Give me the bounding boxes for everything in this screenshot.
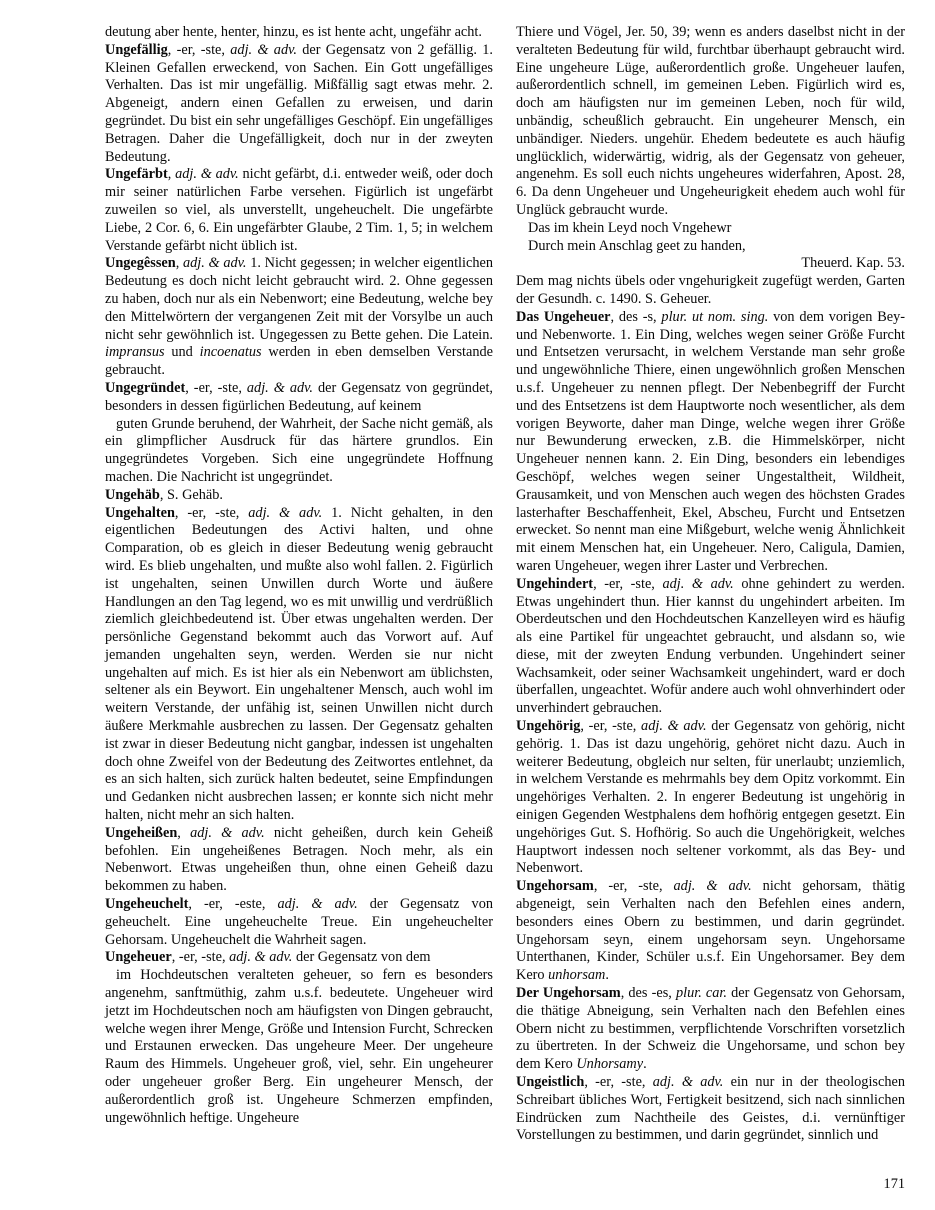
body-text: ,: [168, 166, 175, 182]
italic-term: impransus: [105, 344, 165, 360]
body-text: , -er, -ste,: [580, 718, 641, 734]
italic-term: plur. car.: [676, 985, 727, 1001]
entry-ungeheuchelt: Ungeheuchelt, -er, -este, adj. & adv. de…: [105, 896, 493, 949]
body-text: Theuerd. Kap. 53.: [801, 255, 905, 271]
verse-line: Durch mein Anschlag geet zu handen,: [516, 238, 905, 256]
entry-ungehindert: Ungehindert, -er, -ste, adj. & adv. ohne…: [516, 576, 905, 718]
entry-ungefaerbt: Ungefärbt, adj. & adv. nicht gefärbt, d.…: [105, 166, 493, 255]
body-text: , -er, -ste,: [593, 576, 662, 592]
body-text: .: [643, 1056, 647, 1072]
entry-der-ungehorsam: Der Ungehorsam, des -es, plur. car. der …: [516, 985, 905, 1074]
italic-term: adj. & adv.: [662, 576, 733, 592]
dictionary-page: deutung aber hente, henter, hinzu, es is…: [0, 0, 935, 1210]
body-text: Das im khein Leyd noch Vngehewr: [528, 220, 731, 236]
entry-ungehorsam-adj: Ungehorsam, -er, -ste, adj. & adv. nicht…: [516, 878, 905, 985]
entry-headword: Ungeheißen: [105, 825, 177, 841]
page-number: 171: [884, 1176, 905, 1194]
entry-ungehalten: Ungehalten, -er, -ste, adj. & adv. 1. Ni…: [105, 505, 493, 825]
entry-das-ungeheuer: Das Ungeheuer, des -s, plur. ut nom. sin…: [516, 309, 905, 576]
entry-ungefaellig: Ungefällig, -er, -ste, adj. & adv. der G…: [105, 42, 493, 167]
body-text: 1. Nicht gehalten, in den eigentlichen B…: [105, 505, 493, 824]
continuation-paragraph: guten Grunde beruhend, der Wahrheit, der…: [105, 416, 493, 487]
body-text: , -er, -ste,: [172, 949, 229, 965]
italic-term: incoenatus: [200, 344, 262, 360]
body-text: ,: [177, 825, 190, 841]
italic-term: adj. & adv.: [653, 1074, 724, 1090]
left-column: deutung aber hente, henter, hinzu, es is…: [105, 24, 493, 1145]
body-text: guten Grunde beruhend, der Wahrheit, der…: [105, 416, 493, 485]
citation: Theuerd. Kap. 53.: [516, 255, 905, 273]
entry-headword: Ungegêssen: [105, 255, 176, 271]
continuation-paragraph: Thiere und Vögel, Jer. 50, 39; wenn es a…: [516, 24, 905, 220]
body-text: ohne gehindert zu werden. Etwas ungehind…: [516, 576, 905, 717]
body-text: , -er, -ste,: [594, 878, 674, 894]
entry-headword: Das Ungeheuer: [516, 309, 611, 325]
italic-term: unhorsam: [548, 967, 605, 983]
italic-term: adj. & adv.: [229, 949, 292, 965]
italic-term: adj. & adv.: [674, 878, 752, 894]
italic-term: adj. & adv.: [248, 505, 322, 521]
entry-ungehoerig: Ungehörig, -er, -ste, adj. & adv. der Ge…: [516, 718, 905, 878]
body-text: , -er, -ste,: [185, 380, 247, 396]
entry-headword: Ungehalten: [105, 505, 175, 521]
entry-headword: Ungehörig: [516, 718, 580, 734]
entry-ungegruendet: Ungegründet, -er, -ste, adj. & adv. der …: [105, 380, 493, 416]
body-text: , -er, -ste,: [175, 505, 248, 521]
text-columns: deutung aber hente, henter, hinzu, es is…: [105, 24, 905, 1145]
italic-term: adj. & adv.: [183, 255, 247, 271]
entry-headword: Ungegründet: [105, 380, 185, 396]
body-text: , -er, -ste,: [584, 1074, 652, 1090]
italic-term: adj. & adv.: [230, 42, 297, 58]
continuation-paragraph: deutung aber hente, henter, hinzu, es is…: [105, 24, 493, 42]
body-text: .: [605, 967, 609, 983]
italic-term: plur. ut nom. sing.: [661, 309, 768, 325]
italic-term: adj. & adv.: [278, 896, 358, 912]
italic-term: adj. & adv.: [641, 718, 706, 734]
right-column: Thiere und Vögel, Jer. 50, 39; wenn es a…: [516, 24, 905, 1145]
entry-headword: Ungeheuchelt: [105, 896, 188, 912]
continuation-paragraph: im Hochdeutschen veralteten geheuer, so …: [105, 967, 493, 1127]
quotation-paragraph: Dem mag nichts übels oder vngehurigkeit …: [516, 273, 905, 309]
entry-headword: Ungefärbt: [105, 166, 168, 182]
entry-headword: Der Ungehorsam: [516, 985, 621, 1001]
body-text: der Gegensatz von gehörig, nicht gehörig…: [516, 718, 905, 876]
italic-term: adj. & adv.: [190, 825, 265, 841]
entry-headword: Ungeheuer: [105, 949, 172, 965]
verse-line: Das im khein Leyd noch Vngehewr: [516, 220, 905, 238]
body-text: , des -es,: [621, 985, 676, 1001]
entry-ungeheuer-adj: Ungeheuer, -er, -ste, adj. & adv. der Ge…: [105, 949, 493, 967]
body-text: , des -s,: [611, 309, 662, 325]
entry-headword: Ungeistlich: [516, 1074, 584, 1090]
italic-term: adj. & adv.: [175, 166, 239, 182]
body-text: Durch mein Anschlag geet zu handen,: [528, 238, 746, 254]
body-text: Dem mag nichts übels oder vngehurigkeit …: [516, 273, 905, 307]
body-text: im Hochdeutschen veralteten geheuer, so …: [105, 967, 493, 1125]
entry-headword: Ungehäb: [105, 487, 160, 503]
entry-headword: Ungehindert: [516, 576, 593, 592]
body-text: der Gegensatz von dem: [292, 949, 430, 965]
italic-term: Unhorsamy: [576, 1056, 643, 1072]
body-text: und: [165, 344, 200, 360]
body-text: von dem vorigen Bey- und Nebenworte. 1. …: [516, 309, 905, 574]
body-text: , S. Gehäb.: [160, 487, 223, 503]
entry-ungeheissen: Ungeheißen, adj. & adv. nicht geheißen, …: [105, 825, 493, 896]
body-text: , -er, -este,: [188, 896, 277, 912]
body-text: der Gegensatz von 2 gefällig. 1. Kleinen…: [105, 42, 493, 165]
body-text: Thiere und Vögel, Jer. 50, 39; wenn es a…: [516, 24, 905, 218]
entry-ungehaeb: Ungehäb, S. Gehäb.: [105, 487, 493, 505]
body-text: , -er, -ste,: [168, 42, 231, 58]
entry-ungeistlich: Ungeistlich, -er, -ste, adj. & adv. ein …: [516, 1074, 905, 1145]
entry-headword: Ungefällig: [105, 42, 168, 58]
italic-term: adj. & adv.: [247, 380, 313, 396]
body-text: ,: [176, 255, 183, 271]
entry-headword: Ungehorsam: [516, 878, 594, 894]
body-text: deutung aber hente, henter, hinzu, es is…: [105, 24, 482, 40]
entry-ungegessen: Ungegêssen, adj. & adv. 1. Nicht gegesse…: [105, 255, 493, 380]
